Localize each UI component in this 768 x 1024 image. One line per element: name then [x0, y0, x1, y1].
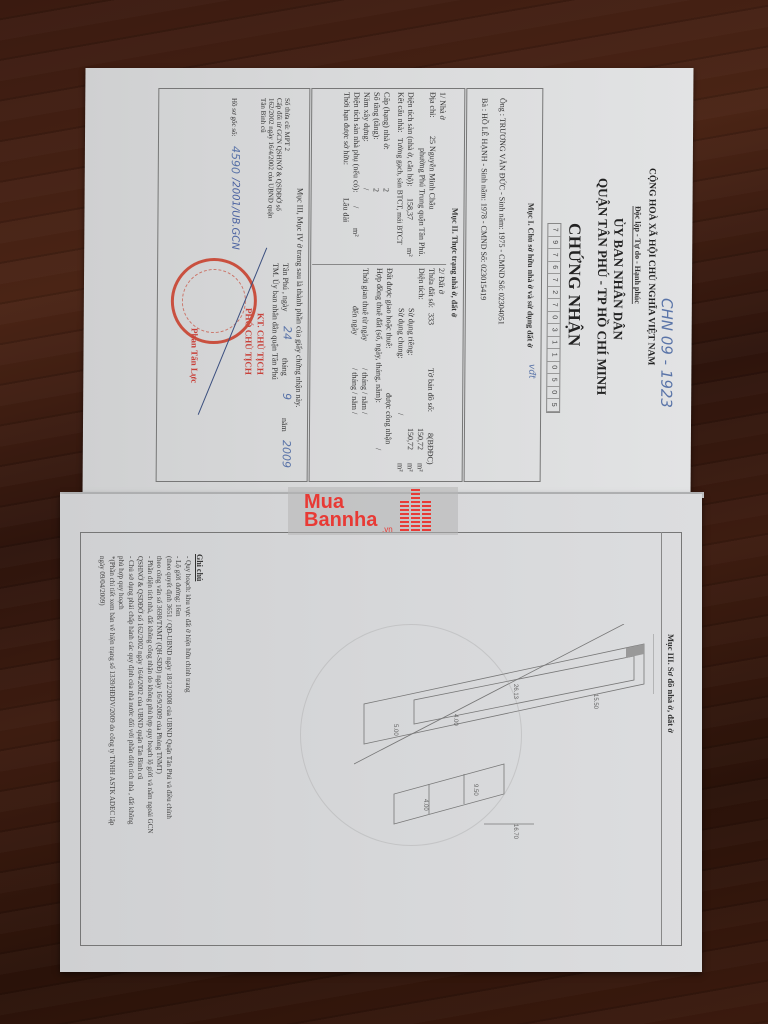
record-label: Hồ sơ gốc số:	[230, 98, 238, 137]
faint-seal-watermark	[300, 624, 522, 846]
floor-area-label: Diện tích sàn (nhà ở, căn hộ):	[406, 92, 416, 187]
lease-contract-value: /	[374, 448, 383, 450]
grade-value: 2	[382, 188, 391, 192]
private-use-unit: m²	[406, 463, 415, 472]
note-line: (theo quyết định 3651 / QĐ-UBND ngày 18/…	[164, 556, 174, 833]
floor-area-unit: m²	[405, 248, 414, 257]
ownership-term-value: Lâu dài	[341, 198, 350, 222]
place-date-label: Tân Phú , ngày	[281, 263, 290, 311]
address-line-2: phường Phú Trung quận Tân Phú.	[417, 148, 427, 256]
record-number: 4590	[229, 146, 242, 174]
aux-area-value: /	[352, 206, 361, 208]
owner-1: Ông : TRƯƠNG VĂN ĐỨC - Sinh năm: 1975 - …	[497, 98, 508, 325]
land-area-label: Diện tích:	[417, 268, 426, 300]
section-2-title: Mục II. Thực trạng nhà ở, đất ở	[450, 208, 460, 317]
serial-digit: 7	[548, 224, 560, 237]
serial-digit: 2	[548, 287, 560, 300]
private-use-label: Sử dụng riêng:	[406, 308, 415, 355]
front-page-content: CỘNG HOÀ XÃ HỘI CHỦ NGHĨA VIỆT NAM Độc l…	[82, 68, 693, 498]
certificate-title: CHỨNG NHẬN	[564, 223, 585, 347]
year-label: năm	[280, 418, 289, 432]
back-page-content: Mục III. Sơ đồ nhà ở, đất ở 15.5026.134.…	[60, 494, 702, 972]
signer-name: Phan Tấn Lực	[189, 328, 199, 383]
section-3-title: Mục III. Sơ đồ nhà ở, đất ở	[666, 634, 676, 733]
notes-title: Ghi chú	[195, 554, 204, 581]
floor-area-value: 158,37	[405, 198, 414, 220]
section-3-header-rule	[661, 532, 662, 945]
date-month: 9	[280, 393, 293, 400]
certificate-back-page: Mục III. Sơ đồ nhà ở, đất ở 15.5026.134.…	[60, 494, 702, 972]
owner-2: Bà : HỒ LÊ HẠNH - Sinh năm: 1978 - CMND …	[479, 98, 489, 300]
authority-line-2: QUẬN TÂN PHÚ - TP HỒ CHÍ MINH	[593, 178, 611, 395]
serial-digit: 5	[547, 374, 559, 387]
handwritten-note: CHN 09 - 1923	[657, 298, 676, 408]
note-line: QSHNỞ & QSDĐỞ số 162/2002 ngày 16/4/2002…	[135, 556, 145, 833]
motto: Độc lập - Tự do - Hạnh phúc	[632, 206, 643, 304]
reissue-note-3: Tân Bình cũ	[259, 98, 267, 133]
land-area-value: 150,72	[416, 428, 425, 450]
plan-dimension-label: 15.50	[592, 694, 598, 710]
map-sheet-label: Tờ bản đồ số:	[426, 368, 435, 412]
watermark-suffix: .vn	[382, 521, 393, 539]
reissue-note-1: Cấp đổi từ GCN QSHNỞ & QSDĐỞ số	[275, 98, 284, 211]
country-header: CỘNG HOÀ XÃ HỘI CHỦ NGHĨA VIỆT NAM	[645, 168, 656, 365]
record-suffix: /2001/UB.GCN	[229, 178, 241, 250]
aux-area-unit: m²	[351, 228, 360, 237]
watermark-building-icon	[400, 489, 431, 531]
date-year: 2009	[280, 440, 293, 468]
watermark-line-2: Bannha	[304, 511, 377, 529]
note-line: - Chủ sở dụng phải chấp hành các quy địn…	[126, 556, 136, 833]
note-line: phù hợp quy hoạch	[116, 556, 126, 833]
section-2-divider	[312, 264, 446, 265]
date-day: 24	[281, 326, 294, 340]
serial-digit: 7	[548, 299, 560, 312]
serial-digit: 0	[547, 362, 559, 375]
serial-digit: 0	[547, 387, 559, 400]
parcel-value: 333	[427, 313, 436, 325]
lease-from-value: / tháng / năm /	[360, 368, 369, 414]
serial-digit: 6	[548, 262, 560, 275]
grade-label: Cấp (hạng) nhà ở:	[382, 92, 391, 150]
serial-digit: 1	[547, 349, 559, 362]
land-area-unit: m²	[416, 463, 425, 472]
map-sheet-value: 8(BĐĐC)	[426, 433, 435, 465]
section-1-title: Mục I. Chủ sở hữu nhà ở và sử dụng đất ở	[526, 203, 536, 348]
note-line: *(Phần chi tiết xem bản vẽ hiện trạng số…	[107, 556, 117, 833]
serial-digit: 7	[548, 249, 560, 262]
lease-to-label: đến ngày	[351, 306, 360, 335]
address-line-1: 25 Nguyễn Minh Châu	[428, 136, 438, 210]
year-built-label: Năm xây dựng:	[362, 92, 371, 142]
address-label: Địa chỉ:	[428, 92, 437, 118]
month-label: tháng	[280, 358, 289, 376]
ownership-term-label: Thời hạn được sở hữu:	[342, 92, 352, 165]
lease-contract-label: Hợp đồng thuê đất (số, ngày, tháng, năm)…	[374, 268, 384, 403]
lease-to-value: / tháng / năm /	[350, 368, 359, 414]
plan-dimension-label: 16.70	[512, 824, 518, 840]
aux-area-label: Diện tích sàn nhà phụ (nếu có):	[352, 92, 362, 192]
notes-list: - Quy hoạch: khu vực đất ở hiện hữu chỉn…	[97, 556, 192, 833]
serial-digit: 5	[547, 399, 559, 412]
allocation-value: được công nhận	[384, 393, 393, 444]
note-line: - Lộ giới đường: 16m	[173, 556, 183, 833]
certificate-front-page: CỘNG HOÀ XÃ HỘI CHỦ NGHĨA VIỆT NAM Độc l…	[82, 68, 693, 498]
shared-use-value: /	[396, 413, 405, 415]
note-line: - Phần diện tích nhà, đất không công nhậ…	[145, 556, 155, 833]
shared-use-unit: m²	[396, 463, 405, 472]
lease-from-label: Thời gian thuê từ ngày	[361, 268, 371, 341]
serial-digit: 9	[548, 237, 560, 250]
serial-digit: 1	[548, 337, 560, 350]
year-built-value: /	[362, 188, 371, 190]
serial-digit: 7	[548, 274, 560, 287]
structure-value: Tường gạch, sàn BTCT, mái BTCT	[395, 138, 405, 244]
signer-org: TM. Ủy ban nhân dân quận Tân Phú	[270, 263, 280, 380]
parcel-label: Thửa đất số:	[427, 268, 436, 308]
authority-line-1: ỦY BAN NHÂN DÂN	[610, 218, 627, 340]
old-parcel-note: Số thửa cũ: MPT 2	[283, 98, 291, 151]
note-line: - Quy hoạch: khu vực đất ở hiện hữu chỉn…	[183, 556, 193, 833]
house-heading: 1/ Nhà ở	[438, 92, 447, 120]
reissue-note-2: 162/2002 ngày 16/4/2002 của UBND quận	[266, 98, 275, 218]
footer-note: Mục III, Mục IV ở trang sau là thành phầ…	[294, 188, 305, 407]
land-heading: 2/ Đất ở	[437, 268, 446, 294]
private-use-value: 150,72	[406, 428, 415, 450]
muabannha-watermark: Mua Bannha .vn	[288, 487, 458, 535]
serial-digit: 3	[548, 324, 560, 337]
floors-label: Số tầng (tầng):	[372, 92, 381, 140]
shared-use-label: Sử dụng chung:	[396, 308, 405, 359]
note-line: ngày 09/04/2009)	[97, 556, 107, 833]
serial-digit: 0	[548, 312, 560, 325]
floors-value: 2	[372, 188, 381, 192]
signer-title-1: KT. CHỦ TỊCH	[255, 313, 265, 375]
note-line: theo công văn số 3698/TNMT (QH-SDĐ) ngày…	[154, 556, 164, 833]
structure-label: Kết cấu nhà:	[396, 92, 405, 132]
allocation-label: Đất được giao hoặc thuê:	[385, 268, 395, 349]
serial-number: 797672703110505	[546, 223, 561, 413]
